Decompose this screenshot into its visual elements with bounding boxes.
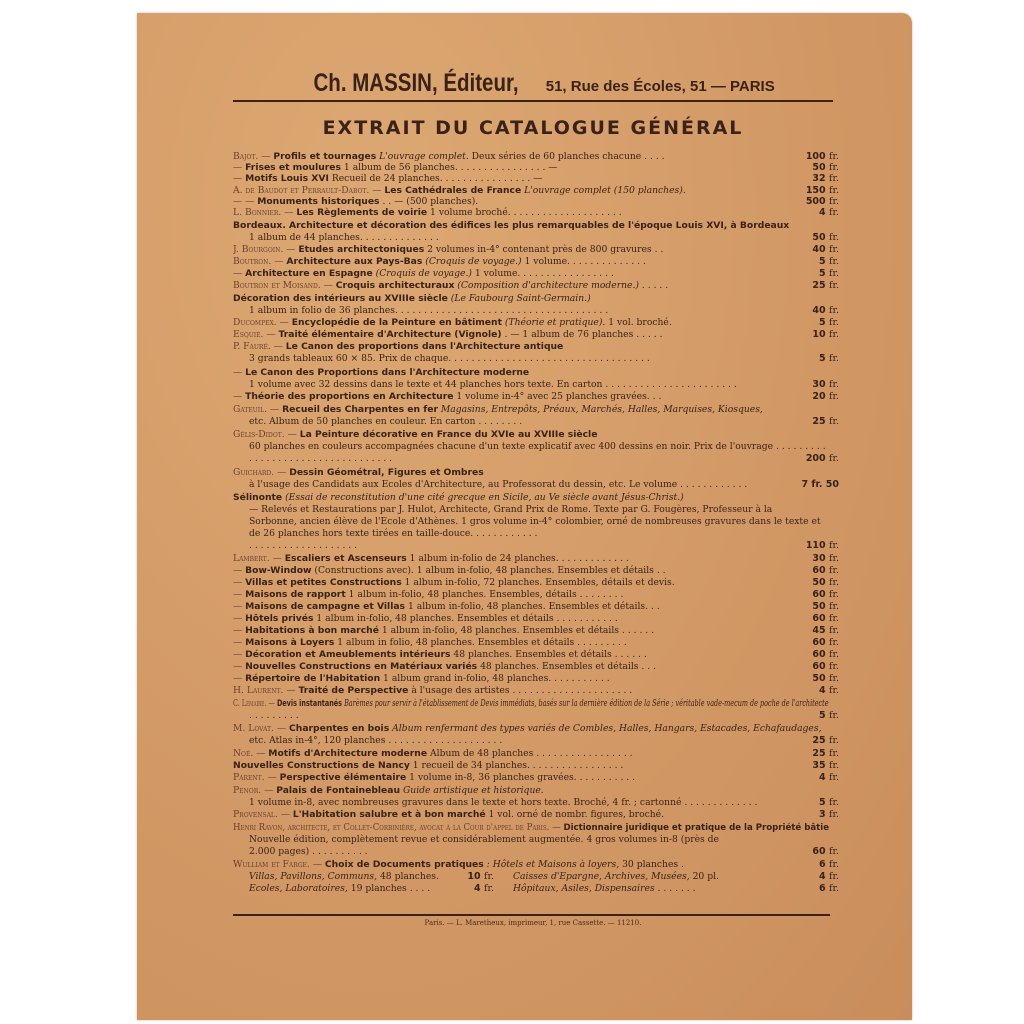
entry-text: Parent. — Perspective élémentaire 1 volu… xyxy=(233,772,635,784)
catalog-entry-line: Henri Ravon, architecte, et Collet-Corbi… xyxy=(233,822,833,834)
price-currency: fr. xyxy=(829,207,839,218)
entry-title: La Peinture décorative en France du XVIe… xyxy=(300,429,598,440)
entry-text: Penor. — Palais de Fontainebleau Guide a… xyxy=(233,785,544,797)
price-value: 3 xyxy=(819,809,829,820)
catalog-entry-line: Parent. — Perspective élémentaire 1 volu… xyxy=(233,772,833,784)
entry-price: 50 fr. xyxy=(772,673,839,685)
entry-desc: Album de 48 planches . . . . . . . . . .… xyxy=(427,748,633,759)
entry-title: Le Canon des Proportions dans l'Architec… xyxy=(245,367,529,378)
subentry-left-price: 10 fr. xyxy=(427,871,494,883)
price-value: 5 xyxy=(819,797,829,808)
price-currency: fr. xyxy=(829,173,839,184)
entry-title: Escaliers et Ascenseurs xyxy=(285,553,407,564)
catalog-entry-line: Sélinonte (Essai de reconstitution d'une… xyxy=(233,492,833,504)
entry-desc: 1 volume in-8, avec nombreuses gravures … xyxy=(249,797,757,808)
entry-text: Guichard. — Dessin Géométral, Figures et… xyxy=(233,467,484,479)
entry-text: P. Fauré. — Le Canon des proportions dan… xyxy=(233,341,563,353)
entry-text: — Villas et petites Constructions 1 albu… xyxy=(233,577,675,589)
entry-text: — Maisons à Loyers 1 album in folio, 48 … xyxy=(233,637,627,649)
price-currency: fr. xyxy=(829,553,839,564)
entry-text: — Théorie des proportions en Architectur… xyxy=(233,391,661,403)
entry-title: Traité de Perspective xyxy=(298,685,408,696)
catalog-entry-line: Nouvelle édition, complètement revue et … xyxy=(249,834,833,846)
price-value: 200 xyxy=(806,453,829,464)
entry-desc: 1 album in-folio de 24 planches. . . . .… xyxy=(407,553,629,564)
catalog-entry-line: 1 album de 44 planches. . . . . . . . . … xyxy=(249,232,833,244)
catalog-entry-line: Gateuil. — Recueil des Charpentes en fer… xyxy=(233,404,833,416)
entry-author: — xyxy=(233,637,245,648)
publisher-name: Ch. MASSIN, Éditeur, xyxy=(314,69,519,98)
entry-note: L'ouvrage complet. xyxy=(376,151,469,162)
entry-title: Hôtels privés xyxy=(245,613,313,624)
subentry-text: Caisses d'Epargne, Archives, Musées, 20 … xyxy=(513,871,719,883)
entry-text: 1 album de 44 planches. . . . . . . . . … xyxy=(249,232,439,244)
price-value: 4 xyxy=(819,685,829,696)
entry-desc: 1 volume. . . . . . . . . . . . . . . . … xyxy=(472,268,614,279)
price-currency: fr. xyxy=(829,453,839,464)
catalog-entry-line: L. Bonnier. — Les Règlements de voirie 1… xyxy=(233,207,833,219)
entry-author: C. Lemaire. — xyxy=(233,698,277,709)
entry-desc: 1 album in folio, 48 planches. Ensembles… xyxy=(334,637,626,648)
price-value: 60 xyxy=(812,846,829,857)
entry-text: 1 volume avec 32 dessins dans le texte e… xyxy=(249,379,737,391)
entry-title: Bow-Window xyxy=(245,565,311,576)
catalog-entry-line: Ducompex. — Encyclopédie de la Peinture … xyxy=(233,317,833,329)
entry-desc: 1 album in-folio, 72 planches. Ensembles… xyxy=(402,577,675,588)
catalog-entry-line: 1 volume in-8, avec nombreuses gravures … xyxy=(249,797,833,809)
entry-title: Profils et tournages xyxy=(273,151,376,162)
entry-author: P. Fauré. — xyxy=(233,341,286,352)
entry-note: (Composition d'architecture moderne.) xyxy=(454,280,639,291)
price-value: 60 xyxy=(812,613,829,624)
subentry-right: Caisses d'Epargne, Archives, Musées, 20 … xyxy=(513,871,773,883)
entry-text: Sélinonte (Essai de reconstitution d'une… xyxy=(233,492,684,504)
entry-text: — Maisons de rapport 1 album in-folio, 4… xyxy=(233,589,623,601)
entry-author: A. de Baudot et Perrault-Dabot. — xyxy=(233,185,384,196)
entry-text: M. Lovat. — Charpentes en bois Album ren… xyxy=(233,723,822,735)
price-value: 6 xyxy=(819,883,829,894)
footer-rule xyxy=(233,914,830,916)
entry-author: Penor. — xyxy=(233,785,276,796)
catalog-entry-line: 60 planches en couleurs accompagnées cha… xyxy=(249,441,833,453)
price-currency: fr. xyxy=(829,649,839,660)
entry-title: Décoration et Ameublements intérieurs xyxy=(245,649,450,660)
entry-note: (Théorie et pratique). xyxy=(502,317,605,328)
entry-price: 45 fr. xyxy=(772,625,839,637)
entry-desc: Nouvelle édition, complètement revue et … xyxy=(249,834,719,845)
entry-text: — Décoration et Ameublements intérieurs … xyxy=(233,649,647,661)
entry-title: Répertoire de l'Habitation xyxy=(245,673,380,684)
entry-desc: Recueil de 24 planches. . . . . . . . . … xyxy=(329,173,543,184)
price-value: 4 xyxy=(819,207,829,218)
catalog-entry-line: Boutron. — Architecture aux Pays-Bas (Cr… xyxy=(233,256,833,268)
entry-price: 10 fr. xyxy=(772,329,839,341)
entry-price: 30 fr. xyxy=(772,553,839,565)
entry-desc: . . — (500 planches). xyxy=(380,196,479,207)
entry-desc: etc. Atlas in-4°, 120 planches . . . . .… xyxy=(249,735,502,746)
entry-text: Boutron. — Architecture aux Pays-Bas (Cr… xyxy=(233,256,646,268)
entry-price: 6 fr. xyxy=(772,859,839,871)
entry-title: Le Canon des proportions dans l'Architec… xyxy=(286,341,564,352)
price-currency: fr. xyxy=(829,305,839,316)
catalog-entry-line: — Théorie des proportions en Architectur… xyxy=(233,391,833,403)
entry-author: — xyxy=(233,649,245,660)
price-value: 10 xyxy=(812,329,829,340)
subentry-right-desc: 20 pl. xyxy=(693,871,719,882)
entry-text: à l'usage des Candidats aux Ecoles d'Arc… xyxy=(249,479,747,491)
entry-text: Gélis-Didot. — La Peinture décorative en… xyxy=(233,429,597,441)
catalog-entry-line: Nouvelles Constructions de Nancy 1 recue… xyxy=(233,760,833,772)
entry-note: Guide artistique et historique. xyxy=(400,785,544,796)
price-value: 5 xyxy=(819,256,829,267)
entry-text: Gateuil. — Recueil des Charpentes en fer… xyxy=(233,404,763,416)
entry-title: Perspective élémentaire xyxy=(280,772,407,783)
price-currency: fr. xyxy=(829,625,839,636)
price-currency: fr. xyxy=(829,185,839,196)
price-value: 50 xyxy=(812,232,829,243)
entry-note: Album renfermant des types variés de Com… xyxy=(389,723,821,734)
entry-text: de 26 planches hors texte tirées en tail… xyxy=(249,528,537,540)
entry-text: . . . . . . . . . . . . . . . . . . . xyxy=(249,540,357,552)
price-value: 60 xyxy=(812,637,829,648)
entry-price: 5 fr. xyxy=(772,256,839,268)
entry-price: 25 fr. xyxy=(772,280,839,292)
catalog-entry-line: — Architecture en Espagne (Croquis de vo… xyxy=(233,268,833,280)
price-value: 110 xyxy=(806,540,829,551)
entry-price: 4 fr. xyxy=(772,685,839,697)
entry-note: Magasins, Entrepôts, Préaux, Marchés, Ha… xyxy=(438,404,763,415)
entry-author: — xyxy=(233,589,245,600)
price-currency: fr. xyxy=(829,232,839,243)
entry-title: Nouvelles Constructions de Nancy xyxy=(233,760,410,771)
entry-desc: 1 vol. orné de nombr. figures, broché. xyxy=(486,809,664,820)
entry-author: — — xyxy=(233,196,257,207)
catalog-entry-line: — Nouvelles Constructions en Matériaux v… xyxy=(233,661,833,673)
entry-title: Choix de Documents pratiques xyxy=(325,859,484,870)
catalog-entry-line: . . . . . . . . . . . . . . . . . . . xyxy=(249,540,833,552)
entry-note: (Croquis de voyage.) xyxy=(373,268,472,279)
entry-price: 25 fr. xyxy=(772,748,839,760)
entry-text: . . . . . . . . . . . . . . . . . . . . … xyxy=(249,453,392,465)
entry-author: — xyxy=(233,391,245,402)
entry-text: — Maisons de campagne et Villas 1 album … xyxy=(233,601,660,613)
price-value: 6 xyxy=(819,859,829,870)
catalog-entry-line: Provensal. — L'Habitation salubre et à b… xyxy=(233,809,833,821)
entry-desc: 1 album in-folio, 48 planches. Ensembles… xyxy=(405,601,660,612)
entry-price: 20 fr. xyxy=(772,391,839,403)
entry-price: 5 fr. xyxy=(772,317,839,329)
price-value: 45 xyxy=(812,625,829,636)
price-currency: fr. xyxy=(829,735,839,746)
price-currency: fr. xyxy=(829,329,839,340)
price-value: 5 xyxy=(819,317,829,328)
entry-author: — xyxy=(233,577,245,588)
entry-text: Ducompex. — Encyclopédie de la Peinture … xyxy=(233,317,672,329)
catalog-entry-line: — Villas et petites Constructions 1 albu… xyxy=(233,577,833,589)
entry-title: Charpentes en bois xyxy=(289,723,389,734)
entry-author: — xyxy=(233,625,245,636)
entry-text: — Bow-Window (Constructions avec). 1 alb… xyxy=(233,565,666,577)
entry-price: 35 fr. xyxy=(772,760,839,772)
catalog-entry-line: — Bow-Window (Constructions avec). 1 alb… xyxy=(233,565,833,577)
entry-text: J. Bourgoin. — Etudes architectoniques 2… xyxy=(233,244,663,256)
entry-author: L. Bonnier. — xyxy=(233,207,296,218)
price-currency: fr. xyxy=(484,883,494,894)
entry-text: — Relevés et Restaurations par J. Hulot,… xyxy=(249,504,772,516)
price-currency: fr. xyxy=(829,846,839,857)
entry-author: Boutron. — xyxy=(233,256,286,267)
entry-desc: 1 recueil de 34 planches. . . . . . . . … xyxy=(410,760,623,771)
entry-text: — Hôtels privés 1 album in-folio, 48 pla… xyxy=(233,613,618,625)
entry-author: — xyxy=(233,173,245,184)
entry-text: Sorbonne, ancien élève de l'Ecole d'Athè… xyxy=(249,516,821,528)
entry-text: 3 grands tableaux 60 × 85. Prix de chaqu… xyxy=(249,353,650,365)
price-value: 10 xyxy=(467,871,484,882)
price-value: 5 xyxy=(819,268,829,279)
catalog-entry-line: . . . . . . . . . . . . . . . . . . . . … xyxy=(249,453,833,465)
entry-text: Esquié. — Traité élémentaire d'Architect… xyxy=(233,329,663,341)
entry-author: Bajot. — xyxy=(233,151,273,162)
entry-author: — xyxy=(233,162,245,173)
entry-desc: à l'usage des Candidats aux Ecoles d'Arc… xyxy=(249,479,747,490)
entry-author: Noé. — xyxy=(233,748,268,759)
entry-text: 1 volume in-8, avec nombreuses gravures … xyxy=(249,797,757,809)
price-currency: fr. xyxy=(829,748,839,759)
subentry-right-price: 4 fr. xyxy=(772,871,839,883)
price-currency: fr. xyxy=(829,577,839,588)
entry-price: 60 fr. xyxy=(772,613,839,625)
catalog-entry-line: Esquié. — Traité élémentaire d'Architect… xyxy=(233,329,833,341)
entry-author: — xyxy=(233,673,245,684)
subentry-right-label: Caisses d'Epargne, Archives, Musées, xyxy=(513,871,693,882)
entry-title: Encyclopédie de la Peinture en bâtiment xyxy=(292,317,502,328)
entry-text: Nouvelle édition, complètement revue et … xyxy=(249,834,719,846)
entry-author: — xyxy=(233,565,245,576)
entry-title: Etudes architectoniques xyxy=(298,244,424,255)
entry-desc: (Constructions avec). 1 album in-folio, … xyxy=(312,565,666,576)
entry-price: 3 fr. xyxy=(772,809,839,821)
entry-price: 40 fr. xyxy=(772,244,839,256)
price-value: 150 xyxy=(806,185,829,196)
subentry-text: Ecoles, Laboratoires, 19 planches . . . … xyxy=(249,883,430,895)
price-currency: fr. xyxy=(829,565,839,576)
price-value: 100 xyxy=(806,151,829,162)
price-currency: fr. xyxy=(829,268,839,279)
catalog-entry-line: à l'usage des Candidats aux Ecoles d'Arc… xyxy=(249,479,833,491)
header-rule xyxy=(233,100,833,102)
entry-text: L. Bonnier. — Les Règlements de voirie 1… xyxy=(233,207,622,219)
entry-price: 5 fr. xyxy=(772,710,839,722)
price-value: 4 xyxy=(819,871,829,882)
publisher-header: Ch. MASSIN, Éditeur, 51, Rue des Écoles,… xyxy=(233,69,833,98)
catalog-entry-line: P. Fauré. — Le Canon des proportions dan… xyxy=(233,341,833,353)
entry-price: 60 fr. xyxy=(772,637,839,649)
price-currency: fr. xyxy=(829,710,839,721)
subentry-left-label: Ecoles, Laboratoires, xyxy=(249,883,351,894)
price-currency: fr. xyxy=(829,244,839,255)
catalog-title: EXTRAIT DU CATALOGUE GÉNÉRAL xyxy=(233,117,833,139)
price-value: 30 xyxy=(812,379,829,390)
entry-price: 30 fr. xyxy=(772,379,839,391)
entry-note: Barèmes pour servir à l'établissement de… xyxy=(342,698,829,709)
price-value: 25 xyxy=(812,735,829,746)
printer-footer: Paris. — L. Maretheux, imprimeur, 1, rue… xyxy=(233,919,833,927)
entry-title: Dessin Géométral, Figures et Ombres xyxy=(289,467,484,478)
entry-price: 25 fr. xyxy=(772,416,839,428)
entry-desc: Deux séries de 60 planches chacune . . .… xyxy=(469,151,665,162)
catalog-entry-line: Penor. — Palais de Fontainebleau Guide a… xyxy=(233,785,833,797)
entry-price: 5 fr. xyxy=(772,797,839,809)
entry-title: Maisons de campagne et Villas xyxy=(245,601,405,612)
entry-author: — xyxy=(233,367,245,378)
price-currency: fr. xyxy=(829,760,839,771)
entry-author: Parent. — xyxy=(233,772,280,783)
entry-title: Théorie des proportions en Architecture xyxy=(245,391,453,402)
entry-text: Lambert. — Escaliers et Ascenseurs 1 alb… xyxy=(233,553,629,565)
entry-text: . . . . . . . . . xyxy=(249,710,299,722)
entry-title: Décoration des intérieurs au XVIIIe sièc… xyxy=(233,293,448,304)
entry-title: Les Règlements de voirie xyxy=(296,207,427,218)
price-currency: fr. xyxy=(829,772,839,783)
entry-title: Traité élémentaire d'Architecture (Vigno… xyxy=(279,329,502,340)
entry-text: — Répertoire de l'Habitation 1 album gra… xyxy=(233,673,610,685)
entry-author: Guichard. — xyxy=(233,467,289,478)
entry-title: Croquis architecturaux xyxy=(336,280,455,291)
entry-title: Maisons à Loyers xyxy=(245,637,334,648)
entry-author: — xyxy=(233,613,245,624)
subentry-right-label: Hôpitaux, Asiles, Dispensaires xyxy=(513,883,658,894)
entry-note: (Essai de reconstitution d'une cité grec… xyxy=(282,492,684,503)
catalog-entry-line: — Motifs Louis XVI Recueil de 24 planche… xyxy=(233,173,833,185)
entry-title: Motifs Louis XVI xyxy=(245,173,329,184)
entry-price: 60 fr. xyxy=(772,846,839,858)
catalog-entry-line: — Hôtels privés 1 album in-folio, 48 pla… xyxy=(233,613,833,625)
subentry-text: Villas, Pavillons, Communs, 48 planches. xyxy=(249,871,439,883)
entry-author: Wulliam et Farge. — xyxy=(233,859,325,870)
catalog-entry-line: 1 album in folio de 36 planches. . . . .… xyxy=(249,305,833,317)
entry-note: : Hôtels et Maisons à loyers, xyxy=(484,859,619,870)
price-currency: fr. xyxy=(829,416,839,427)
entry-title: Palais de Fontainebleau xyxy=(276,785,400,796)
entry-text: etc. Album de 50 planches en couleur. En… xyxy=(249,416,522,428)
entry-text: — Architecture en Espagne (Croquis de vo… xyxy=(233,268,614,280)
price-currency: fr. xyxy=(829,280,839,291)
catalog-entry-line: Guichard. — Dessin Géométral, Figures et… xyxy=(233,467,833,479)
catalog-entry-line: . . . . . . . . . xyxy=(249,710,833,722)
catalog-entry-line: Wulliam et Farge. — Choix de Documents p… xyxy=(233,859,833,871)
price-currency: fr. xyxy=(829,661,839,672)
entry-desc: à l'usage des artistes . . . . . . . . .… xyxy=(408,685,632,696)
entry-price: 5 fr. xyxy=(772,268,839,280)
entry-desc: 1 album de 56 planches. . . . . . . . . … xyxy=(341,162,557,173)
entry-author: Esquié. — xyxy=(233,329,279,340)
price-currency: fr. xyxy=(829,379,839,390)
price-currency: fr. xyxy=(829,317,839,328)
entry-text: Boutron et Moisand. — Croquis architectu… xyxy=(233,280,668,292)
catalog-entry-line: — Maisons à Loyers 1 album in folio, 48 … xyxy=(233,637,833,649)
entry-price: 4 fr. xyxy=(772,207,839,219)
entry-note: (Croquis de voyage.) xyxy=(422,256,521,267)
entry-title: Habitations à bon marché xyxy=(245,625,379,636)
price-value: 40 xyxy=(812,244,829,255)
entry-author: J. Bourgoin. — xyxy=(233,244,298,255)
entry-desc: . — 1 album de 76 planches . . . . . xyxy=(502,329,663,340)
entry-text: Nouvelles Constructions de Nancy 1 recue… xyxy=(233,760,623,772)
entry-desc: — Relevés et Restaurations par J. Hulot,… xyxy=(249,504,772,515)
entry-text: — Habitations à bon marché 1 album in-fo… xyxy=(233,625,654,637)
price-currency: fr. xyxy=(829,391,839,402)
entry-text: H. Laurent. — Traité de Perspective à l'… xyxy=(233,685,632,697)
price-value: 35 xyxy=(812,760,829,771)
subentry-right: Hôpitaux, Asiles, Dispensaires . . . . .… xyxy=(513,883,773,895)
price-currency: fr. xyxy=(829,685,839,696)
catalog-entry-line: Décoration des intérieurs au XVIIIe sièc… xyxy=(233,293,833,305)
catalog-entry-line: Gélis-Didot. — La Peinture décorative en… xyxy=(233,429,833,441)
entry-text: C. Lemaire. — Devis instantanés Barèmes … xyxy=(233,698,829,710)
entry-title: Architecture en Espagne xyxy=(245,268,373,279)
catalog-entry-line: etc. Album de 50 planches en couleur. En… xyxy=(249,416,833,428)
catalog-entry-line: etc. Atlas in-4°, 120 planches . . . . .… xyxy=(249,735,833,747)
price-currency: fr. xyxy=(484,871,494,882)
price-value: 5 xyxy=(819,353,829,364)
price-value: 25 xyxy=(812,416,829,427)
price-currency: fr. xyxy=(829,637,839,648)
price-value: 40 xyxy=(812,305,829,316)
entry-text: 60 planches en couleurs accompagnées cha… xyxy=(249,441,826,453)
entry-desc: de 26 planches hors texte tirées en tail… xyxy=(249,528,537,539)
entry-desc: 1 album in-folio, 48 planches. Ensembles… xyxy=(379,625,654,636)
price-value: 25 xyxy=(812,748,829,759)
catalog-entry-line: Bordeaux. Architecture et décoration des… xyxy=(233,220,833,232)
price-value: 50 xyxy=(812,577,829,588)
entry-desc: 1 volume in-4° avec 25 planches gravées.… xyxy=(453,391,661,402)
entry-price: 32 fr. xyxy=(772,173,839,185)
catalog-entry-line: M. Lovat. — Charpentes en bois Album ren… xyxy=(233,723,833,735)
entry-desc: . . . . . . . . . xyxy=(249,710,299,721)
entry-price: 60 fr. xyxy=(772,649,839,661)
entry-text: — Nouvelles Constructions en Matériaux v… xyxy=(233,661,656,673)
entry-price: 110 fr. xyxy=(772,540,839,552)
entry-text: 1 album in folio de 36 planches. . . . .… xyxy=(249,305,608,317)
catalog-entry-line: — Décoration et Ameublements intérieurs … xyxy=(233,649,833,661)
subentry-left-label: Villas, Pavillons, Communs, xyxy=(249,871,380,882)
entry-desc: . . . . . . . . . . . . . . . . . . . xyxy=(249,540,357,551)
entry-price: 40 fr. xyxy=(772,305,839,317)
catalog-entry-line: — Relevés et Restaurations par J. Hulot,… xyxy=(249,504,833,516)
entry-text: 2.000 pages) . . . . . . . . . . xyxy=(249,846,368,858)
catalog-entry-line: Lambert. — Escaliers et Ascenseurs 1 alb… xyxy=(233,553,833,565)
entry-author: Lambert. — xyxy=(233,553,285,564)
price-value: 500 xyxy=(806,196,829,207)
price-value: 60 xyxy=(812,589,829,600)
price-value: 30 xyxy=(812,553,829,564)
entry-price: 4 fr. xyxy=(772,772,839,784)
catalog-entry-line: C. Lemaire. — Devis instantanés Barèmes … xyxy=(233,698,833,710)
entry-title: Recueil des Charpentes en fer xyxy=(282,404,438,415)
entry-desc: . . . . . . . . . . . . . . . . . . . . … xyxy=(249,453,392,464)
price-value: 50 xyxy=(812,601,829,612)
price-value: 60 xyxy=(812,661,829,672)
entry-desc: 1 vol. broché. xyxy=(605,317,671,328)
entry-desc: 1 album de 44 planches. . . . . . . . . … xyxy=(249,232,439,243)
entry-desc: 1 album in folio de 36 planches. . . . .… xyxy=(249,305,608,316)
entry-title: Les Cathédrales de France xyxy=(384,185,521,196)
entry-title: Bordeaux. Architecture et décoration des… xyxy=(233,220,789,231)
catalog-page: Ch. MASSIN, Éditeur, 51, Rue des Écoles,… xyxy=(137,13,912,1020)
entry-price: 50 fr. xyxy=(772,577,839,589)
price-currency: fr. xyxy=(829,151,839,162)
entry-title: Nouvelles Constructions en Matériaux var… xyxy=(245,661,477,672)
